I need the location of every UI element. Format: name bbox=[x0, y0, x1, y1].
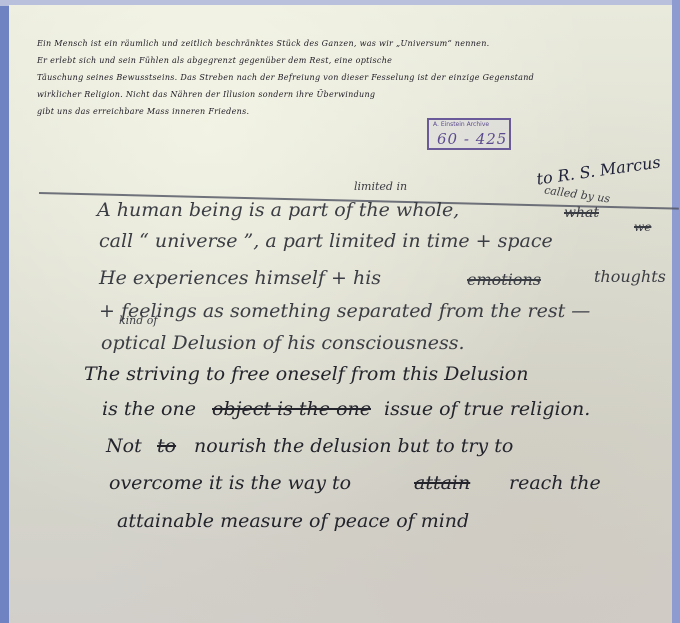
archive-stamp-number: 60 - 425 bbox=[437, 130, 507, 148]
struck-word: what bbox=[564, 205, 599, 221]
struck-phrase: object is the one bbox=[212, 398, 371, 420]
struck-word: emotions bbox=[467, 270, 541, 289]
english-line-8-continued: nourish the delusion but to try to bbox=[194, 435, 513, 457]
english-line-10: attainable measure of peace of mind bbox=[117, 510, 469, 532]
note-called-by-us: called by us bbox=[543, 183, 610, 205]
inserted-word: thoughts bbox=[594, 267, 666, 286]
english-line-7-continued: issue of true religion. bbox=[384, 398, 590, 420]
english-line-7: is the one bbox=[102, 398, 196, 420]
frame-right-edge bbox=[672, 0, 680, 623]
german-line: gibt uns das erreichbare Mass inneren Fr… bbox=[37, 103, 657, 120]
archive-stamp: A. Einstein Archive 60 - 425 bbox=[427, 118, 511, 150]
struck-word: attain bbox=[414, 472, 470, 494]
english-line-2: call “ universe ”, a part limited in tim… bbox=[99, 230, 553, 252]
german-paragraph: Ein Mensch ist ein räumlich und zeitlich… bbox=[37, 35, 657, 120]
english-line-1: A human being is a part of the whole, bbox=[97, 199, 459, 221]
english-line-6: The striving to free oneself from this D… bbox=[84, 363, 528, 385]
german-line: wirklicher Religion. Nicht das Nähren de… bbox=[37, 86, 657, 103]
english-line-9-continued: reach the bbox=[509, 472, 601, 494]
archive-stamp-label: A. Einstein Archive bbox=[433, 121, 489, 128]
german-line: Täuschung seines Bewusstseins. Das Streb… bbox=[37, 69, 657, 86]
german-line: Er erlebt sich und sein Fühlen als abgeg… bbox=[37, 52, 657, 69]
english-line-3: He experiences himself + his bbox=[99, 267, 381, 289]
frame-left-edge bbox=[0, 0, 9, 623]
german-line: Ein Mensch ist ein räumlich und zeitlich… bbox=[37, 35, 657, 52]
english-line-4: + feelings as something separated from t… bbox=[99, 300, 590, 322]
struck-word: to bbox=[157, 435, 176, 457]
struck-word: we bbox=[634, 220, 651, 234]
english-line-8: Not bbox=[106, 435, 142, 457]
recipient-note: to R. S. Marcus bbox=[535, 152, 661, 188]
note-limited-in: limited in bbox=[354, 180, 407, 193]
english-line-5: optical Delusion of his consciousness. bbox=[101, 332, 465, 354]
english-line-9: overcome it is the way to bbox=[109, 472, 351, 494]
letter-paper: Ein Mensch ist ein räumlich und zeitlich… bbox=[9, 5, 672, 623]
